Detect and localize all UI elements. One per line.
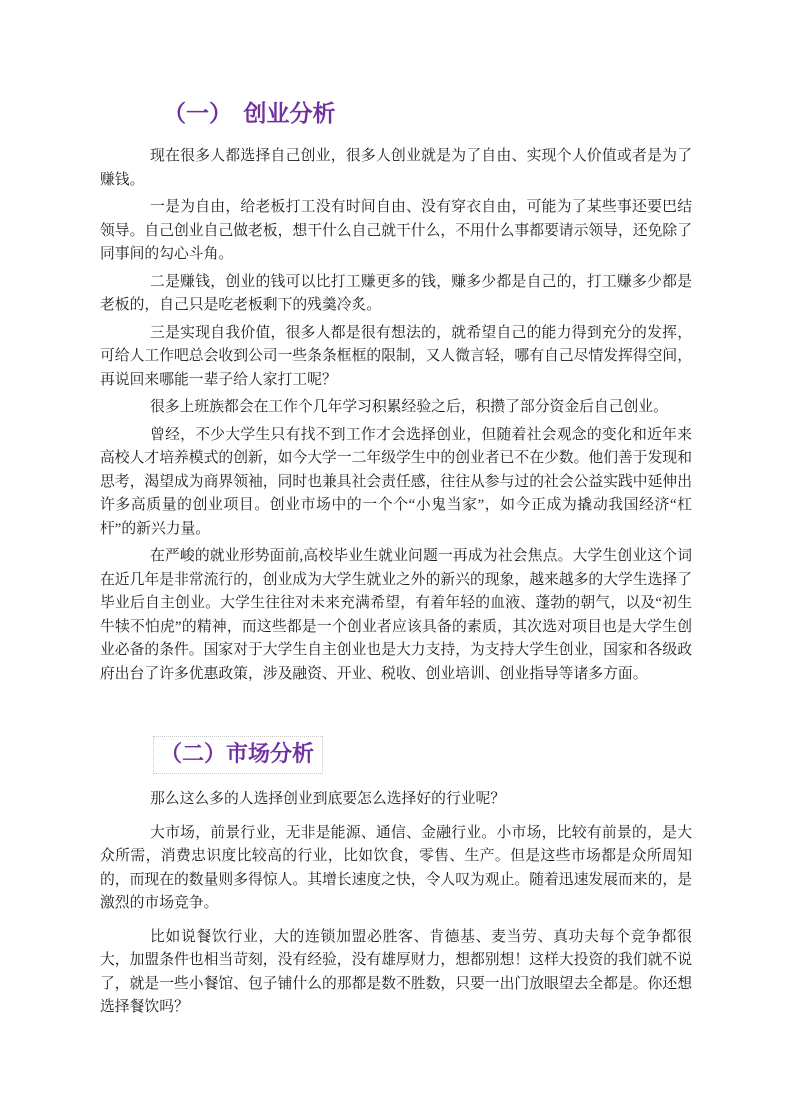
paragraph: 曾经，不少大学生只有找不到工作才会选择创业，但随着社会观念的变化和近年来高校人才… bbox=[100, 424, 692, 542]
section-entrepreneurship-analysis: （一） 创业分析 现在很多人都选择自己创业，很多人创业就是为了自由、实现个人价值… bbox=[100, 97, 692, 686]
paragraph: 二是赚钱，创业的钱可以比打工赚更多的钱，赚多少都是自己的，打工赚多少都是老板的，… bbox=[100, 271, 692, 318]
paragraph: 很多上班族都会在工作个几年学习积累经验之后，积攒了部分资金后自己创业。 bbox=[100, 396, 692, 420]
section-1-heading: （一） 创业分析 bbox=[163, 97, 692, 129]
paragraph: 大市场，前景行业，无非是能源、通信、金融行业。小市场，比较有前景的，是大众所需，… bbox=[100, 822, 692, 916]
section-2-heading: （二）市场分析 bbox=[153, 736, 323, 774]
document-page: （一） 创业分析 现在很多人都选择自己创业，很多人创业就是为了自由、实现个人价值… bbox=[0, 0, 792, 1120]
section-market-analysis: （二）市场分析 那么这么多的人选择创业到底要怎么选择好的行业呢？ 大市场，前景行… bbox=[100, 736, 692, 1020]
paragraph: 一是为自由，给老板打工没有时间自由、没有穿衣自由，可能为了某些事还要巴结领导。自… bbox=[100, 196, 692, 267]
section-2-heading-row: （二）市场分析 bbox=[153, 736, 692, 774]
paragraph: 那么这么多的人选择创业到底要怎么选择好的行业呢？ bbox=[100, 788, 692, 812]
paragraph: 现在很多人都选择自己创业，很多人创业就是为了自由、实现个人价值或者是为了赚钱。 bbox=[100, 145, 692, 192]
paragraph: 在严峻的就业形势面前,高校毕业生就业问题一再成为社会焦点。大学生创业这个词在近几… bbox=[100, 545, 692, 686]
paragraph: 三是实现自我价值，很多人都是很有想法的，就希望自己的能力得到充分的发挥，可给人工… bbox=[100, 322, 692, 393]
paragraph: 比如说餐饮行业，大的连锁加盟必胜客、肯德基、麦当劳、真功夫每个竞争都很大，加盟条… bbox=[100, 926, 692, 1020]
